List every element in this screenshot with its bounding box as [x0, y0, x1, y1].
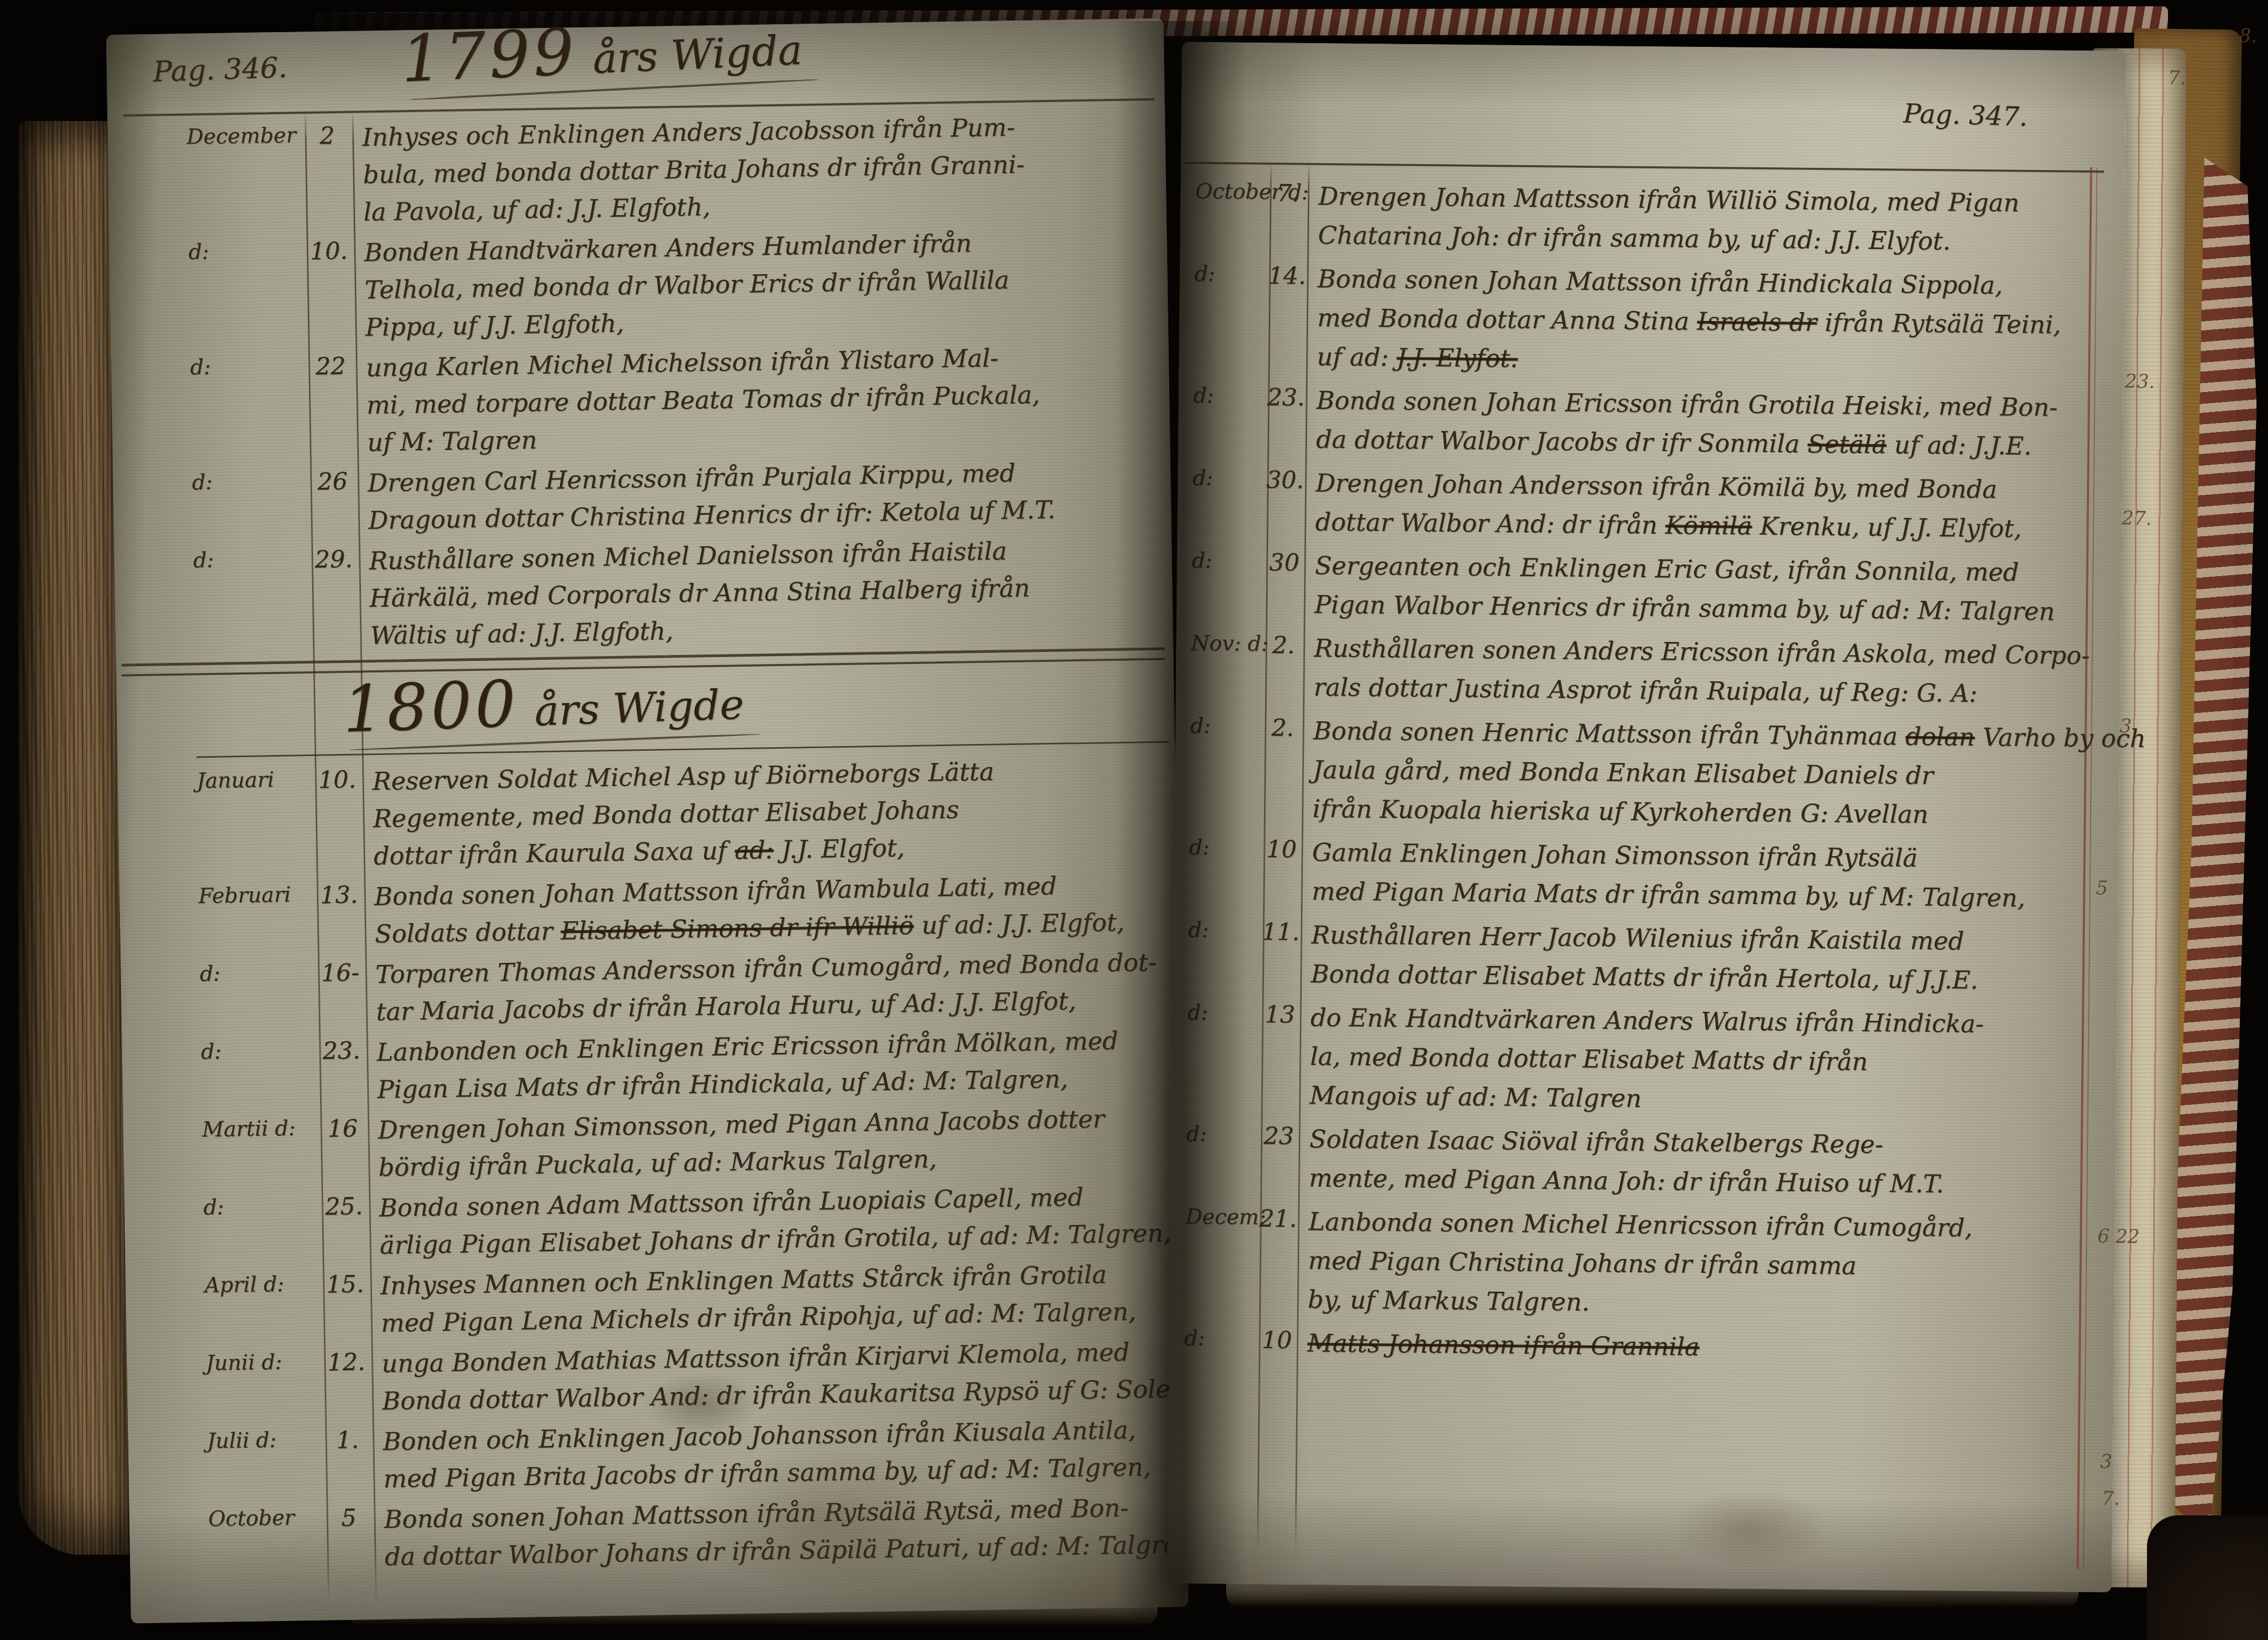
entry-day: 30 — [1265, 546, 1303, 625]
entry-line: dottar Walbor And: dr ifrån Kömilä Krenk… — [1315, 503, 2115, 550]
entry-day: 10. — [313, 763, 362, 876]
entry-text: by, uf Markus Talgren. — [1308, 1285, 1590, 1317]
register-entry: December2Inhyses och Enklingen Anders Ja… — [107, 107, 1159, 235]
entry-text: uf M: Talgren — [367, 426, 537, 457]
struck-text: Israels dr — [1697, 307, 1817, 337]
entry-day: 15. — [321, 1267, 369, 1343]
entry-month: d: — [1188, 832, 1262, 911]
entry-line: da dottar Walbor Jacobs dr ifr Sonmila S… — [1316, 420, 2115, 467]
entry-text: bördig ifrån Puckala, uf ad: Markus Talg… — [378, 1144, 937, 1182]
entry-day: 10 — [1258, 1324, 1296, 1363]
entry-text: med Pigan Christina Johans dr ifrån samm… — [1308, 1246, 1857, 1281]
entry-month: d: — [1184, 1323, 1258, 1363]
entry-month: d: — [190, 350, 308, 464]
entry-text: Wältis uf ad: J.J. Elgfoth, — [370, 617, 674, 650]
entry-day: 21. — [1258, 1202, 1297, 1320]
entry-day: 12. — [323, 1345, 371, 1421]
entry-month: Februari — [198, 879, 316, 955]
entry-day: 16- — [316, 956, 365, 1031]
register-entry: Decem:21.Lanbonda sonen Michel Henricsso… — [1170, 1201, 2108, 1327]
entry-text: mi, med torpare dottar Beata Tomas dr if… — [366, 380, 1040, 420]
entry-text: Bonden Handtvärkaren Anders Humlander if… — [364, 229, 972, 267]
left-page: Pag. 346. 1799 års Wigda December2Inhyse… — [106, 18, 1188, 1623]
entry-text: Härkälä, med Corporals dr Anna Stina Hal… — [369, 574, 1030, 613]
entry-day: 2. — [1263, 711, 1302, 829]
register-entry: Junii d:12.unga Bonden Mathias Mattsson … — [127, 1333, 1178, 1424]
entry-text: Drengen Carl Henricsson ifrån Purjala Ki… — [367, 459, 1016, 498]
entry-text-block: Inhyses och Enklingen Anders Jacobsson i… — [350, 107, 1159, 232]
entry-month: d: — [1189, 711, 1264, 828]
entry-line: Matts Johansson ifrån Grannila — [1307, 1324, 2107, 1371]
entries-right: October d:7.Drengen Johan Mattsson ifrån… — [1169, 176, 2118, 1375]
entry-text: uf ad: J.J. Elgfot, — [914, 908, 1125, 940]
register-entry: d:2.Bonda sonen Henric Mattsson ifrån Ty… — [1175, 710, 2113, 836]
entry-day: 26 — [308, 465, 357, 540]
entry-day: 23. — [317, 1034, 366, 1109]
entry-text: rals dottar Justina Asprot ifrån Ruipala… — [1313, 673, 1978, 708]
entry-line: mente, med Pigan Anna Joh: dr ifrån Huis… — [1309, 1159, 2109, 1206]
entry-month: Nov: d: — [1190, 628, 1265, 707]
entry-text: Regemente, med Bonda dottar Elisabet Joh… — [373, 796, 959, 833]
entry-text: med Bonda dottar Anna Stina — [1317, 304, 1697, 336]
entry-text: do Enk Handtvärkaren Anders Walrus ifrån… — [1310, 1003, 1984, 1039]
register-entry: d:16-Torparen Thomas Andersson ifrån Cum… — [121, 943, 1172, 1034]
entry-text-block: Bonda sonen Adam Mattsson ifrån Luopiais… — [367, 1177, 1176, 1264]
entry-text-block: Sergeanten och Enklingen Eric Gast, ifrå… — [1302, 547, 2114, 632]
register-entry: d:10Matts Johansson ifrån Grannila — [1169, 1323, 2107, 1371]
entry-text: Bonda sonen Johan Ericsson ifrån Grotila… — [1316, 386, 2058, 422]
entry-text: Reserven Soldat Michel Asp uf Biörneborg… — [372, 758, 994, 797]
entry-month: d: — [193, 544, 312, 657]
entry-text-block: Drengen Johan Simonsson, med Pigan Anna … — [366, 1099, 1175, 1186]
entry-text: Mangois uf ad: M: Talgren — [1310, 1081, 1642, 1113]
entry-text-block: Drengen Johan Andersson ifrån Kömilä by,… — [1303, 464, 2115, 550]
register-entry: Martii d:16Drengen Johan Simonsson, med … — [123, 1099, 1175, 1190]
entry-text: Jaula gård, med Bonda Enkan Elisabet Dan… — [1313, 756, 1934, 790]
entry-text-block: Drengen Carl Henricsson ifrån Purjala Ki… — [356, 452, 1164, 540]
entry-text: unga Karlen Michel Michelsson ifrån Ylis… — [366, 344, 999, 383]
entry-day: 2 — [303, 119, 352, 232]
entry-text-block: Drengen Johan Mattsson ifrån Williö Simo… — [1306, 177, 2118, 263]
entry-month: d: — [1191, 546, 1265, 624]
entry-text-block: Torparen Thomas Andersson ifrån Cumogård… — [364, 943, 1172, 1031]
entry-text-block: Rusthållaren Herr Jacob Wilenius ifrån K… — [1299, 916, 2111, 1002]
entry-month: d: — [1193, 259, 1268, 376]
entry-text: Gamla Enklingen Johan Simonsson ifrån Ry… — [1312, 838, 1918, 873]
entry-line: Bonda dottar Elisabet Matts dr ifrån Her… — [1311, 955, 2111, 1002]
entry-text: Rusthållare sonen Michel Danielsson ifrå… — [369, 537, 1007, 576]
entry-text: tar Maria Jacobs dr ifrån Harola Huru, u… — [376, 987, 1076, 1027]
entry-month: October — [208, 1502, 326, 1578]
register-entry: d:23.Lanbonden och Enklingen Eric Ericss… — [122, 1021, 1173, 1112]
entry-text-block: Bonden Handtvärkaren Anders Humlander if… — [352, 222, 1161, 347]
register-entry: d:26Drengen Carl Henricsson ifrån Purjal… — [113, 452, 1164, 544]
entry-month: Januari — [196, 764, 315, 878]
entry-line: Pigan Walbor Henrics dr ifrån samma by, … — [1314, 586, 2114, 632]
register-entry: Februari13.Bonda sonen Johan Mattsson if… — [119, 866, 1171, 957]
page-number-label: Pag. 346. — [152, 51, 287, 88]
entry-text: Sergeanten och Enklingen Eric Gast, ifrå… — [1314, 551, 2019, 587]
entry-month: d: — [199, 957, 317, 1033]
entry-month: d: — [203, 1191, 321, 1267]
paper-stain — [1672, 1488, 1831, 1569]
register-entry: Julii d:1.Bonden och Enklingen Jacob Joh… — [128, 1411, 1179, 1502]
entry-month: d: — [1187, 998, 1261, 1115]
entry-text-block: Bonda sonen Henric Mattsson ifrån Tyhänm… — [1301, 712, 2146, 837]
entry-text-block: Bonda sonen Johan Ericsson ifrån Grotila… — [1304, 381, 2116, 467]
entry-text-block: Rusthållare sonen Michel Danielsson ifrå… — [357, 530, 1166, 655]
entry-text-block: Bonda sonen Johan Mattsson ifrån Rytsälä… — [372, 1488, 1201, 1576]
struck-text: Matts Johansson ifrån Grannila — [1307, 1329, 1700, 1362]
entry-month: December — [186, 120, 305, 234]
entry-text: med Pigan Maria Mats dr ifrån samma by, … — [1311, 877, 2025, 913]
register-entry: April d:15.Inhyses Mannen och Enklingen … — [125, 1255, 1177, 1346]
entry-month: d: — [1193, 380, 1267, 459]
entry-text: Dragoun dottar Christina Henrics dr ifr:… — [368, 496, 1056, 536]
page-number-label: Pag. 347. — [1903, 98, 2028, 132]
parish-register-photo: Pag. 346. 1799 års Wigda December2Inhyse… — [0, 0, 2268, 1640]
entry-text: la Pavola, uf ad: J.J. Elgfoth, — [363, 193, 710, 227]
entry-text: Pippa, uf J.J. Elgfoth, — [365, 309, 625, 343]
entry-day: 5 — [325, 1501, 373, 1576]
entry-month: d: — [192, 466, 309, 542]
entry-text: med Pigan Brita Jacobs dr ifrån samma by… — [383, 1453, 1151, 1494]
entries-1799: December2Inhyses och Enklingen Anders Ja… — [107, 107, 1166, 662]
year-suffix: års Wigda — [591, 27, 803, 83]
entry-line: Chatarina Joh: dr ifrån samma by, uf ad:… — [1318, 216, 2118, 263]
entry-month: Julii d: — [207, 1424, 325, 1501]
register-entry: October d:7.Drengen Johan Mattsson ifrån… — [1180, 176, 2118, 263]
entry-text: da dottar Walbor Johans dr ifrån Säpilä … — [384, 1530, 1201, 1572]
entry-month: Junii d: — [206, 1346, 324, 1423]
entry-day: 13. — [315, 879, 364, 954]
entry-text: Bonda sonen Henric Mattsson ifrån Tyhänm… — [1313, 717, 1905, 751]
entry-text: med Pigan Lena Michels dr ifrån Ripohja,… — [381, 1297, 1137, 1339]
entry-text-block: Lanbonda sonen Michel Henricsson ifrån C… — [1296, 1203, 2108, 1327]
entry-line: by, uf Markus Talgren. — [1308, 1281, 2108, 1327]
entry-text: Inhyses och Enklingen Anders Jacobsson i… — [362, 113, 1015, 152]
entry-text: bula, med bonda dottar Brita Johans dr i… — [363, 150, 1025, 190]
entry-day: 2. — [1264, 629, 1302, 707]
entry-month: d: — [1186, 1119, 1260, 1198]
entry-text: ifrån Kuopala hieriska uf Kyrkoherden G:… — [1312, 794, 1929, 829]
entry-text-block: Bonda sonen Johan Mattsson ifrån Hindick… — [1305, 260, 2117, 385]
entry-day: 1. — [324, 1423, 372, 1498]
entry-text: ärliga Pigan Elisabet Johans dr ifrån Gr… — [379, 1219, 1171, 1260]
struck-text: Elisabet Simons dr ifr Williö — [560, 911, 914, 946]
register-entry: d:29.Rusthållare sonen Michel Danielsson… — [114, 530, 1166, 659]
entry-text-block: Soldaten Isaac Siöval ifrån Stakelbergs … — [1297, 1120, 2109, 1206]
struck-text: J.J. Elyfot. — [1397, 343, 1518, 373]
entry-text: uf ad: — [1317, 343, 1397, 372]
year-number: 1799 — [399, 14, 578, 96]
entry-month: d: — [1192, 463, 1266, 541]
register-entry: d:13do Enk Handtvärkaren Anders Walrus i… — [1172, 997, 2110, 1123]
struck-text: dolan — [1905, 722, 1975, 752]
entry-text-block: Rusthållaren sonen Anders Ericsson ifrån… — [1302, 629, 2113, 715]
entry-line: med Pigan Maria Mats dr ifrån samma by, … — [1311, 872, 2111, 919]
entry-text: Soldaten Isaac Siöval ifrån Stakelbergs … — [1309, 1125, 1883, 1159]
entry-text-block: Gamla Enklingen Johan Simonsson ifrån Ry… — [1300, 833, 2111, 919]
register-entry: d:10.Bonden Handtvärkaren Anders Humland… — [109, 222, 1161, 350]
entry-text: Rusthållaren Herr Jacob Wilenius ifrån K… — [1311, 921, 1964, 956]
entry-month: Decem: — [1185, 1202, 1259, 1319]
entry-line: Mangois uf ad: M: Talgren — [1310, 1076, 2110, 1123]
entry-text: Bonda sonen Johan Mattsson ifrån Wambula… — [374, 872, 1057, 911]
year-suffix: års Wigde — [534, 681, 745, 735]
entry-text: ifrån Rytsälä Teini, — [1817, 308, 2061, 339]
entry-month: d: — [188, 235, 306, 349]
entry-text-block: Bonda sonen Johan Mattsson ifrån Wambula… — [363, 866, 1171, 953]
header-rule — [1184, 162, 2104, 173]
register-entry: d:30Sergeanten och Enklingen Eric Gast, … — [1176, 545, 2114, 632]
entry-text: Drengen Johan Andersson ifrån Kömilä by,… — [1316, 469, 1998, 504]
entry-day: 14. — [1267, 259, 1306, 377]
entry-text-block: unga Karlen Michel Michelsson ifrån Ylis… — [354, 337, 1163, 462]
entry-text: la, med Bonda dottar Elisabet Matts dr i… — [1310, 1042, 1868, 1076]
register-entry: d:22unga Karlen Michel Michelsson ifrån … — [111, 337, 1163, 466]
entry-text-block: Reserven Soldat Michel Asp uf Biörneborg… — [360, 750, 1169, 875]
entry-line: uf ad: J.J. Elyfot. — [1317, 338, 2116, 385]
entry-text: Bonda sonen Adam Mattsson ifrån Luopiais… — [379, 1183, 1083, 1223]
entry-month: April d: — [204, 1269, 322, 1345]
entry-text: Telhola, med bonda dr Walbor Erics dr if… — [365, 266, 1010, 305]
register-entry: d:14.Bonda sonen Johan Mattsson ifrån Hi… — [1179, 258, 2117, 384]
register-entry: October5Bonda sonen Johan Mattsson ifrån… — [129, 1488, 1180, 1579]
struck-text: Kömilä — [1665, 511, 1752, 541]
entry-text-block: do Enk Handtvärkaren Anders Walrus ifrån… — [1298, 999, 2110, 1123]
right-page: Pag. 347. October d:7.Drengen Johan Matt… — [1167, 42, 2126, 1592]
entry-day: 25. — [320, 1190, 368, 1265]
entry-month: d: — [1188, 915, 1262, 993]
entry-text: Soldats dottar — [375, 917, 561, 949]
entry-text: Drengen Johan Mattsson ifrån Williö Simo… — [1318, 182, 2020, 218]
entry-text: uf ad: J.J.E. — [1886, 430, 2032, 461]
year-title-1800: 1800 års Wigde — [342, 659, 745, 747]
register-entry: Nov: d:2.Rusthållaren sonen Anders Erics… — [1176, 628, 2113, 715]
register-entry: d:23Soldaten Isaac Siöval ifrån Stakelbe… — [1171, 1119, 2109, 1205]
entry-month: October d: — [1195, 176, 1269, 255]
entry-day: 23 — [1259, 1120, 1298, 1198]
struck-text: Setälä — [1808, 430, 1887, 459]
entry-text: Pigan Lisa Mats dr ifrån Hindickala, uf … — [377, 1065, 1069, 1105]
entry-text: da dottar Walbor Jacobs dr ifr Sonmila — [1316, 425, 1808, 459]
register-entry: Januari10.Reserven Soldat Michel Asp uf … — [117, 750, 1169, 879]
entry-text-block: Matts Johansson ifrån Grannila — [1296, 1324, 2107, 1371]
register-entry: d:30.Drengen Johan Andersson ifrån Kömil… — [1177, 462, 2115, 549]
entry-text: Varho by och — [1974, 723, 2146, 753]
entry-text: dottar ifrån Kaurula Saxa uf — [374, 836, 735, 871]
entry-text-block: Inhyses Mannen och Enklingen Matts Stårc… — [368, 1255, 1177, 1342]
entry-day: 22 — [307, 350, 356, 462]
entry-text-block: Lanbonden och Enklingen Eric Ericsson if… — [365, 1021, 1173, 1109]
entries-1800: Januari10.Reserven Soldat Michel Asp uf … — [117, 750, 1180, 1583]
entry-text: Inhyses Mannen och Enklingen Matts Stårc… — [380, 1260, 1107, 1301]
entry-month: Martii d: — [202, 1113, 320, 1189]
entry-text: Drengen Johan Simonsson, med Pigan Anna … — [378, 1104, 1105, 1145]
entry-day: 11. — [1261, 915, 1300, 994]
entry-day: 16 — [319, 1112, 367, 1187]
entry-text-block: unga Bonden Mathias Mattsson ifrån Kirja… — [370, 1332, 1231, 1421]
entry-day: 23. — [1267, 381, 1305, 459]
entry-day: 30. — [1266, 464, 1304, 542]
entry-text: J.J. Elgfot, — [774, 833, 905, 864]
register-entry: d:11.Rusthållaren Herr Jacob Wilenius if… — [1173, 914, 2111, 1001]
entry-line: rals dottar Justina Asprot ifrån Ruipala… — [1313, 668, 2113, 715]
entry-text: dottar Walbor And: dr ifrån — [1315, 508, 1665, 540]
register-entry: d:23.Bonda sonen Johan Ericsson ifrån Gr… — [1178, 380, 2116, 467]
entry-text: Pigan Walbor Henrics dr ifrån samma by, … — [1314, 590, 2055, 627]
entry-day: 29. — [310, 543, 359, 656]
entry-text: mente, med Pigan Anna Joh: dr ifrån Huis… — [1309, 1164, 1944, 1199]
struck-text: ad: — [735, 836, 774, 865]
entry-text: Lanbonda sonen Michel Henricsson ifrån C… — [1308, 1208, 1972, 1243]
entry-text: Bonda dottar Elisabet Matts dr ifrån Her… — [1311, 960, 1979, 995]
entry-month: d: — [200, 1035, 318, 1111]
entry-day: 10 — [1262, 833, 1300, 911]
cover-corner — [2147, 1515, 2268, 1640]
entry-text: Chatarina Joh: dr ifrån samma by, uf ad:… — [1318, 221, 1951, 256]
entry-text: Krenku, uf J.J. Elyfot, — [1752, 512, 2022, 544]
entry-day: 7. — [1268, 177, 1307, 255]
entry-line: ifrån Kuopala hieriska uf Kyrkoherden G:… — [1312, 790, 2145, 837]
entry-text: Rusthållaren sonen Anders Ericsson ifrån… — [1314, 634, 2090, 670]
register-entry: d:25.Bonda sonen Adam Mattsson ifrån Luo… — [124, 1177, 1176, 1268]
entry-text: Bonda sonen Johan Mattsson ifrån Hindick… — [1318, 265, 2003, 300]
register-entry: d:10Gamla Enklingen Johan Simonsson ifrå… — [1173, 832, 2111, 919]
entry-day: 10. — [305, 235, 354, 347]
year-number: 1800 — [342, 667, 520, 747]
entry-day: 13 — [1260, 998, 1299, 1115]
entry-text-block: Bonden och Enklingen Jacob Johansson ifr… — [371, 1411, 1179, 1498]
